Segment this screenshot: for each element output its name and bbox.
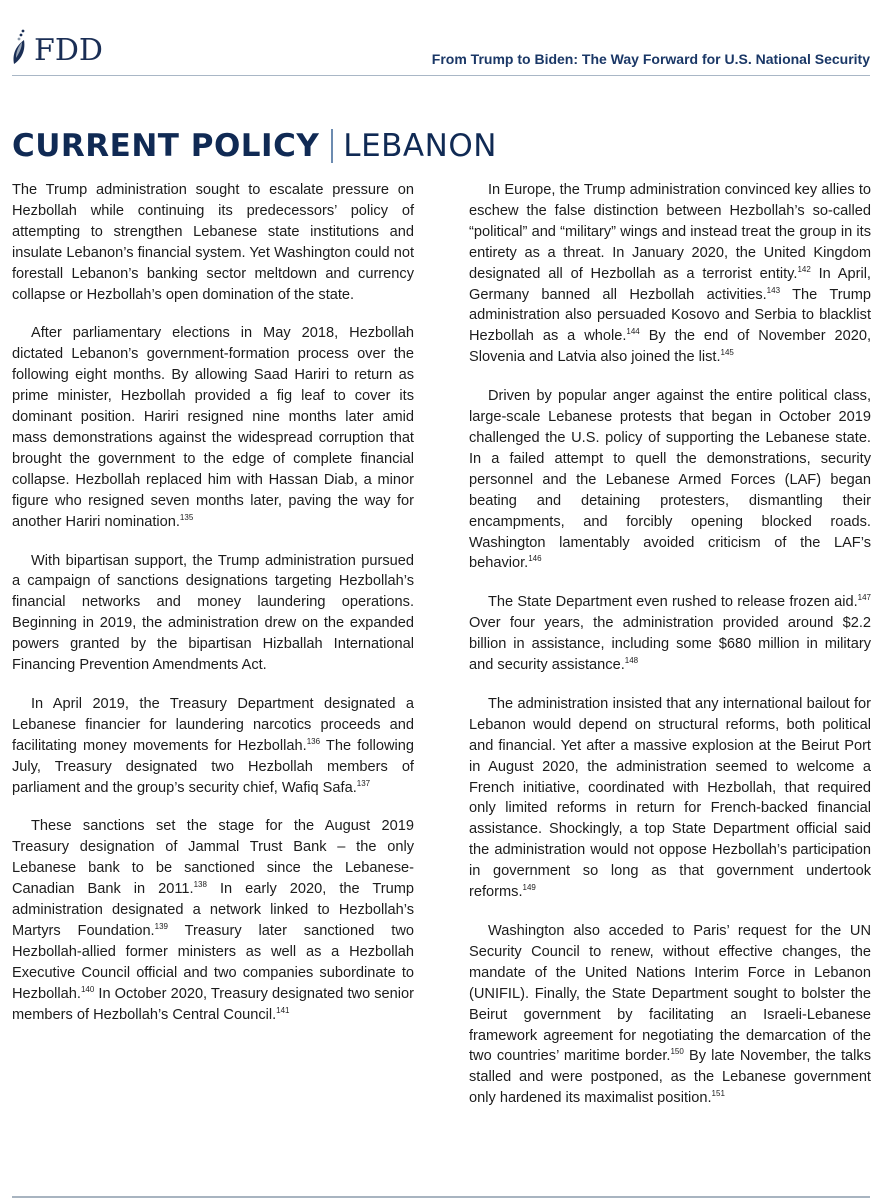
footnote-ref[interactable]: 138 [194,880,207,889]
fdd-logo: FDD [10,28,103,66]
paragraph: After parliamentary elections in May 201… [12,323,414,532]
footnote-ref[interactable]: 145 [721,348,734,357]
footnote-ref[interactable]: 135 [180,513,193,522]
footnote-ref[interactable]: 142 [797,265,810,274]
paragraph: With bipartisan support, the Trump admin… [12,551,414,676]
footnote-ref[interactable]: 137 [357,779,370,788]
paragraph: In April 2019, the Treasury Department d… [12,694,414,799]
footnote-ref[interactable]: 151 [712,1089,725,1098]
left-column: The Trump administration sought to escal… [12,180,414,1044]
footnote-ref[interactable]: 147 [858,593,871,602]
paragraph: Driven by popular anger against the enti… [469,386,871,574]
footnote-ref[interactable]: 149 [523,883,536,892]
footnote-ref[interactable]: 148 [625,656,638,665]
section-title-main: CURRENT POLICY [12,128,319,164]
paragraph: Washington also acceded to Paris’ reques… [469,921,871,1109]
footnote-ref[interactable]: 139 [155,922,168,931]
footnote-ref[interactable]: 140 [81,985,94,994]
page-header: FDD From Trump to Biden: The Way Forward… [0,0,895,80]
paragraph: The Trump administration sought to escal… [12,180,414,305]
report-title: From Trump to Biden: The Way Forward for… [432,51,870,67]
footnote-ref[interactable]: 150 [670,1047,683,1056]
paragraph: The administration insisted that any int… [469,694,871,903]
footnote-ref[interactable]: 136 [307,737,320,746]
paragraph: These sanctions set the stage for the Au… [12,816,414,1025]
flame-leaf-icon [10,28,32,66]
footnote-ref[interactable]: 141 [276,1006,289,1015]
footer-divider [12,1196,870,1198]
right-column: In Europe, the Trump administration conv… [469,180,871,1127]
title-separator [331,129,333,163]
paragraph: In Europe, the Trump administration conv… [469,180,871,368]
footnote-ref[interactable]: 146 [528,554,541,563]
paragraph: The State Department even rushed to rele… [469,592,871,676]
header-divider [12,75,870,76]
logo-text: FDD [34,36,103,66]
footnote-ref[interactable]: 144 [626,327,639,336]
section-heading: CURRENT POLICY LEBANON [12,126,497,166]
footnote-ref[interactable]: 143 [767,286,780,295]
section-title-country: LEBANON [343,128,497,164]
